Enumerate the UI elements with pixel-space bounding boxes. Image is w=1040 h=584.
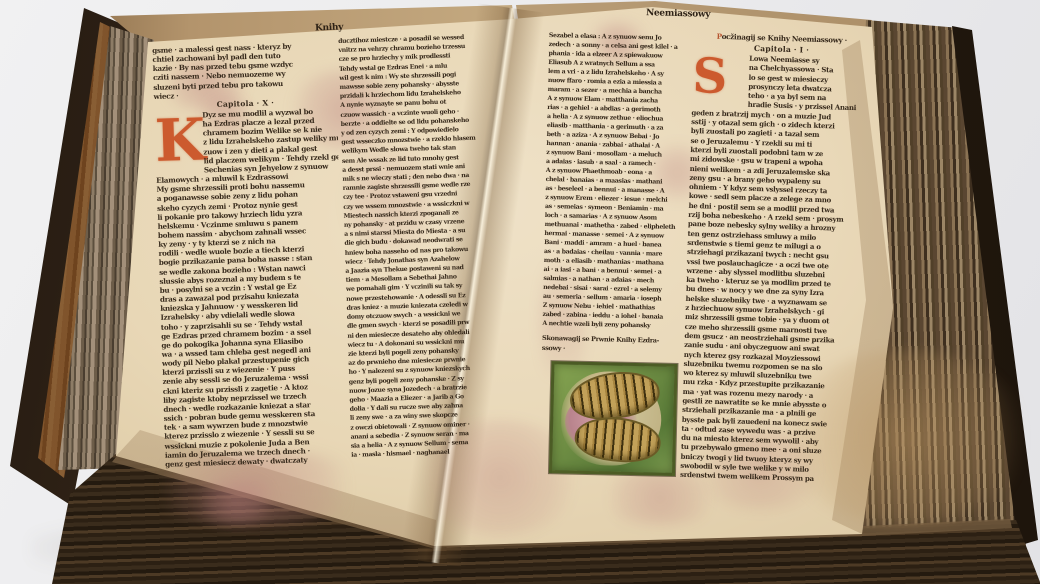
column-intro-lines: gsme · a malessi gest nass · kteryz bych… — [152, 40, 337, 101]
left-page-column-1: gsme · a malessi gest nass · kteryz bych… — [152, 40, 348, 469]
right-page-column-1: Sezabel a elasa : A z synuow senu Jozede… — [539, 31, 692, 476]
foxing-stain — [190, 480, 280, 525]
column-body-lines: ducztihoz miestcze · a posadil se wessed… — [338, 33, 491, 461]
column-body-lines: Lowa Neemiasse syna Chelchyassowa · Stal… — [680, 52, 869, 485]
text-line: A nechtie wzeli byli zeny pohansky — [542, 319, 685, 331]
right-page-column-2: Pocžinagij se Knihy Neemiassowy · Capito… — [680, 31, 870, 485]
explicit-caption: Skonawagij se Prwnie Knihy Ezdra-ssowy · — [542, 334, 685, 356]
book-photograph: Knihy gsme · a malessi gest nass · ktery… — [0, 0, 1040, 584]
illuminated-miniature — [549, 361, 678, 476]
text-line: ssowy · — [542, 343, 685, 356]
rubricated-initial-K: K — [154, 112, 200, 175]
running-header-left: Knihy — [315, 23, 343, 34]
rubricated-initial-S: S — [692, 53, 746, 105]
column-body-lines: Sezabel a elasa : A z synuow senu Jozede… — [542, 31, 692, 331]
running-header-right: Neemiassowy — [646, 8, 711, 20]
left-page-column-2: ducztihoz miestcze · a posadil se wessed… — [338, 33, 491, 461]
